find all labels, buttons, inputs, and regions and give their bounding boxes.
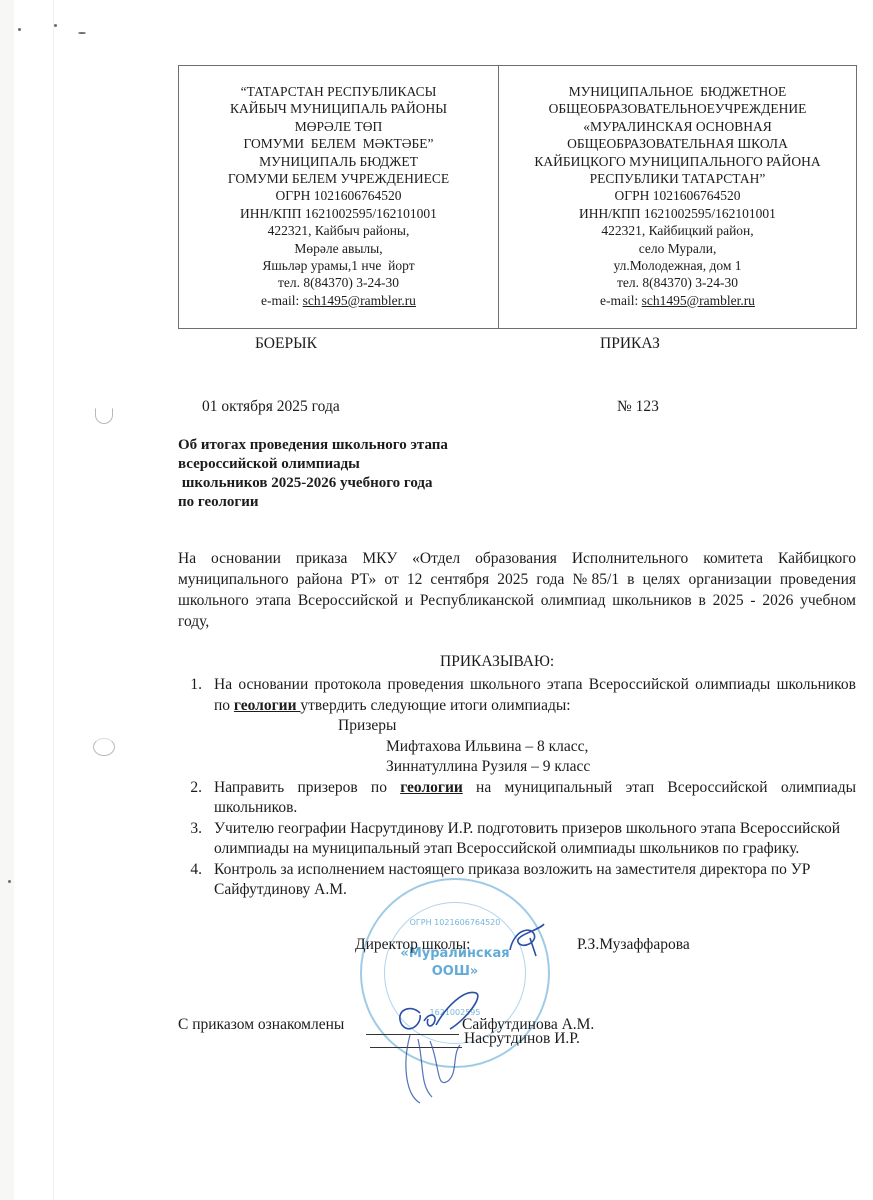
letterhead-line: МУНИЦИПАЛЬНОЕ БЮДЖЕТНОЕ bbox=[499, 83, 856, 100]
scan-strip bbox=[53, 0, 54, 1200]
winners-label: Призеры bbox=[214, 716, 856, 737]
acknowledged-label: С приказом ознакомлены bbox=[178, 1016, 344, 1034]
item-number: 3. bbox=[178, 819, 214, 860]
title-line: школьников 2025-2026 учебного года bbox=[178, 474, 538, 493]
letterhead-line: Яшьләр урамы,1 нче йорт bbox=[179, 257, 498, 274]
director-signature-icon bbox=[500, 920, 550, 960]
winner-entry: Зиннатуллина Рузиля – 9 класс bbox=[214, 757, 856, 778]
email-link[interactable]: sch1495@rambler.ru bbox=[303, 293, 416, 308]
order-item-2: 2. Направить призеров по геологии на мун… bbox=[178, 778, 856, 819]
scan-speck bbox=[78, 32, 86, 34]
letterhead-table: “ТАТАРСТАН РЕСПУБЛИКАСЫ КАЙБЫЧ МУНИЦИПАЛ… bbox=[178, 65, 857, 329]
letterhead-line: ГОМУМИ БЕЛЕМ УЧРЕЖДЕНИЕСЕ bbox=[179, 170, 498, 187]
letterhead-line: ул.Молодежная, дом 1 bbox=[499, 257, 856, 274]
stamp-text: ООШ» bbox=[362, 964, 548, 980]
acknowledged-name: Насрутдинов И.Р. bbox=[464, 1030, 580, 1048]
email-label: e-mail: bbox=[600, 293, 642, 308]
director-name: Р.З.Музаффарова bbox=[577, 936, 690, 954]
doc-title: Об итогах проведения школьного этапа все… bbox=[178, 436, 538, 512]
item-text: Учителю географии Насрутдинову И.Р. подг… bbox=[214, 819, 856, 860]
order-item-4: 4. Контроль за исполнением настоящего пр… bbox=[178, 860, 856, 901]
letterhead-line: РЕСПУБЛИКИ ТАТАРСТАН” bbox=[499, 170, 856, 187]
item-number: 1. bbox=[178, 675, 214, 778]
letterhead-line: ОБЩЕОБРАЗОВАТЕЛЬНАЯ ШКОЛА bbox=[499, 135, 856, 152]
order-heading: ПРИКАЗЫВАЮ: bbox=[440, 653, 554, 671]
scan-speck bbox=[54, 24, 57, 27]
letterhead-line: ОГРН 1021606764520 bbox=[499, 187, 856, 204]
title-line: Об итогах проведения школьного этапа bbox=[178, 436, 538, 455]
preamble: На основании приказа МКУ «Отдел образова… bbox=[178, 548, 856, 632]
order-list: 1. На основании протокола проведения шко… bbox=[178, 675, 856, 901]
letterhead-line: тел. 8(84370) 3-24-30 bbox=[499, 274, 856, 291]
letterhead-line: Мөрәле авылы, bbox=[179, 240, 498, 257]
doc-type-russian: ПРИКАЗ bbox=[600, 335, 660, 353]
letterhead-line: ГОМУМИ БЕЛЕМ МӘКТӘБЕ” bbox=[179, 135, 498, 152]
doc-number: № 123 bbox=[617, 398, 659, 416]
email-label: e-mail: bbox=[261, 293, 303, 308]
punch-hole bbox=[93, 738, 115, 756]
item-text: Направить призеров по геологии на муници… bbox=[214, 778, 856, 819]
email-line: e-mail: sch1495@rambler.ru bbox=[179, 292, 498, 309]
item-text: Контроль за исполнением настоящего прика… bbox=[214, 860, 856, 901]
scan-speck bbox=[18, 28, 21, 31]
letterhead-line: КАЙБИЦКОГО МУНИЦИПАЛЬНОГО РАЙОНА bbox=[499, 153, 856, 170]
subject-emphasis: геологии bbox=[400, 779, 463, 796]
order-item-3: 3. Учителю географии Насрутдинову И.Р. п… bbox=[178, 819, 856, 860]
winner-entry: Мифтахова Ильвина – 8 класс, bbox=[214, 737, 856, 758]
subject-emphasis: геологии bbox=[234, 697, 300, 714]
letterhead-line: ИНН/КПП 1621002595/162101001 bbox=[179, 205, 498, 222]
scan-edge bbox=[0, 0, 14, 1200]
letterhead-line: ОБЩЕОБРАЗОВАТЕЛЬНОЕУЧРЕЖДЕНИЕ bbox=[499, 100, 856, 117]
scan-speck bbox=[8, 880, 11, 883]
letterhead-russian: МУНИЦИПАЛЬНОЕ БЮДЖЕТНОЕ ОБЩЕОБРАЗОВАТЕЛЬ… bbox=[499, 66, 856, 328]
letterhead-tatar: “ТАТАРСТАН РЕСПУБЛИКАСЫ КАЙБЫЧ МУНИЦИПАЛ… bbox=[179, 66, 499, 328]
director-label: Директор школы: bbox=[355, 936, 470, 954]
email-line: e-mail: sch1495@rambler.ru bbox=[499, 292, 856, 309]
letterhead-line: КАЙБЫЧ МУНИЦИПАЛЬ РАЙОНЫ bbox=[179, 100, 498, 117]
email-link[interactable]: sch1495@rambler.ru bbox=[642, 293, 755, 308]
item-text-part: Направить призеров по bbox=[214, 779, 400, 796]
item-text-part: утвердить следующие итоги олимпиады: bbox=[300, 697, 570, 714]
title-line: всероссийской олимпиады bbox=[178, 455, 538, 474]
letterhead-line: 422321, Кайбицкий район, bbox=[499, 222, 856, 239]
letterhead-line: “ТАТАРСТАН РЕСПУБЛИКАСЫ bbox=[179, 83, 498, 100]
letterhead-line: «МУРАЛИНСКАЯ ОСНОВНАЯ bbox=[499, 118, 856, 135]
letterhead-line: ОГРН 1021606764520 bbox=[179, 187, 498, 204]
letterhead-line: МӨРӘЛЕ ТӨП bbox=[179, 118, 498, 135]
signature-line bbox=[370, 1047, 462, 1048]
signature-line bbox=[366, 1034, 459, 1035]
punch-hole bbox=[95, 408, 113, 424]
letterhead-line: ИНН/КПП 1621002595/162101001 bbox=[499, 205, 856, 222]
title-line: по геологии bbox=[178, 493, 538, 512]
letterhead-line: тел. 8(84370) 3-24-30 bbox=[179, 274, 498, 291]
item-number: 4. bbox=[178, 860, 214, 901]
item-number: 2. bbox=[178, 778, 214, 819]
doc-type-tatar: БОЕРЫК bbox=[255, 335, 317, 353]
letterhead-line: 422321, Кайбыч районы, bbox=[179, 222, 498, 239]
letterhead-line: МУНИЦИПАЛЬ БЮДЖЕТ bbox=[179, 153, 498, 170]
order-item-1: 1. На основании протокола проведения шко… bbox=[178, 675, 856, 778]
doc-date: 01 октября 2025 года bbox=[202, 398, 340, 416]
letterhead-line: село Мурали, bbox=[499, 240, 856, 257]
item-text: На основании протокола проведения школьн… bbox=[214, 675, 856, 778]
stamp-ogrn: ОГРН 1021606764520 bbox=[362, 918, 548, 927]
